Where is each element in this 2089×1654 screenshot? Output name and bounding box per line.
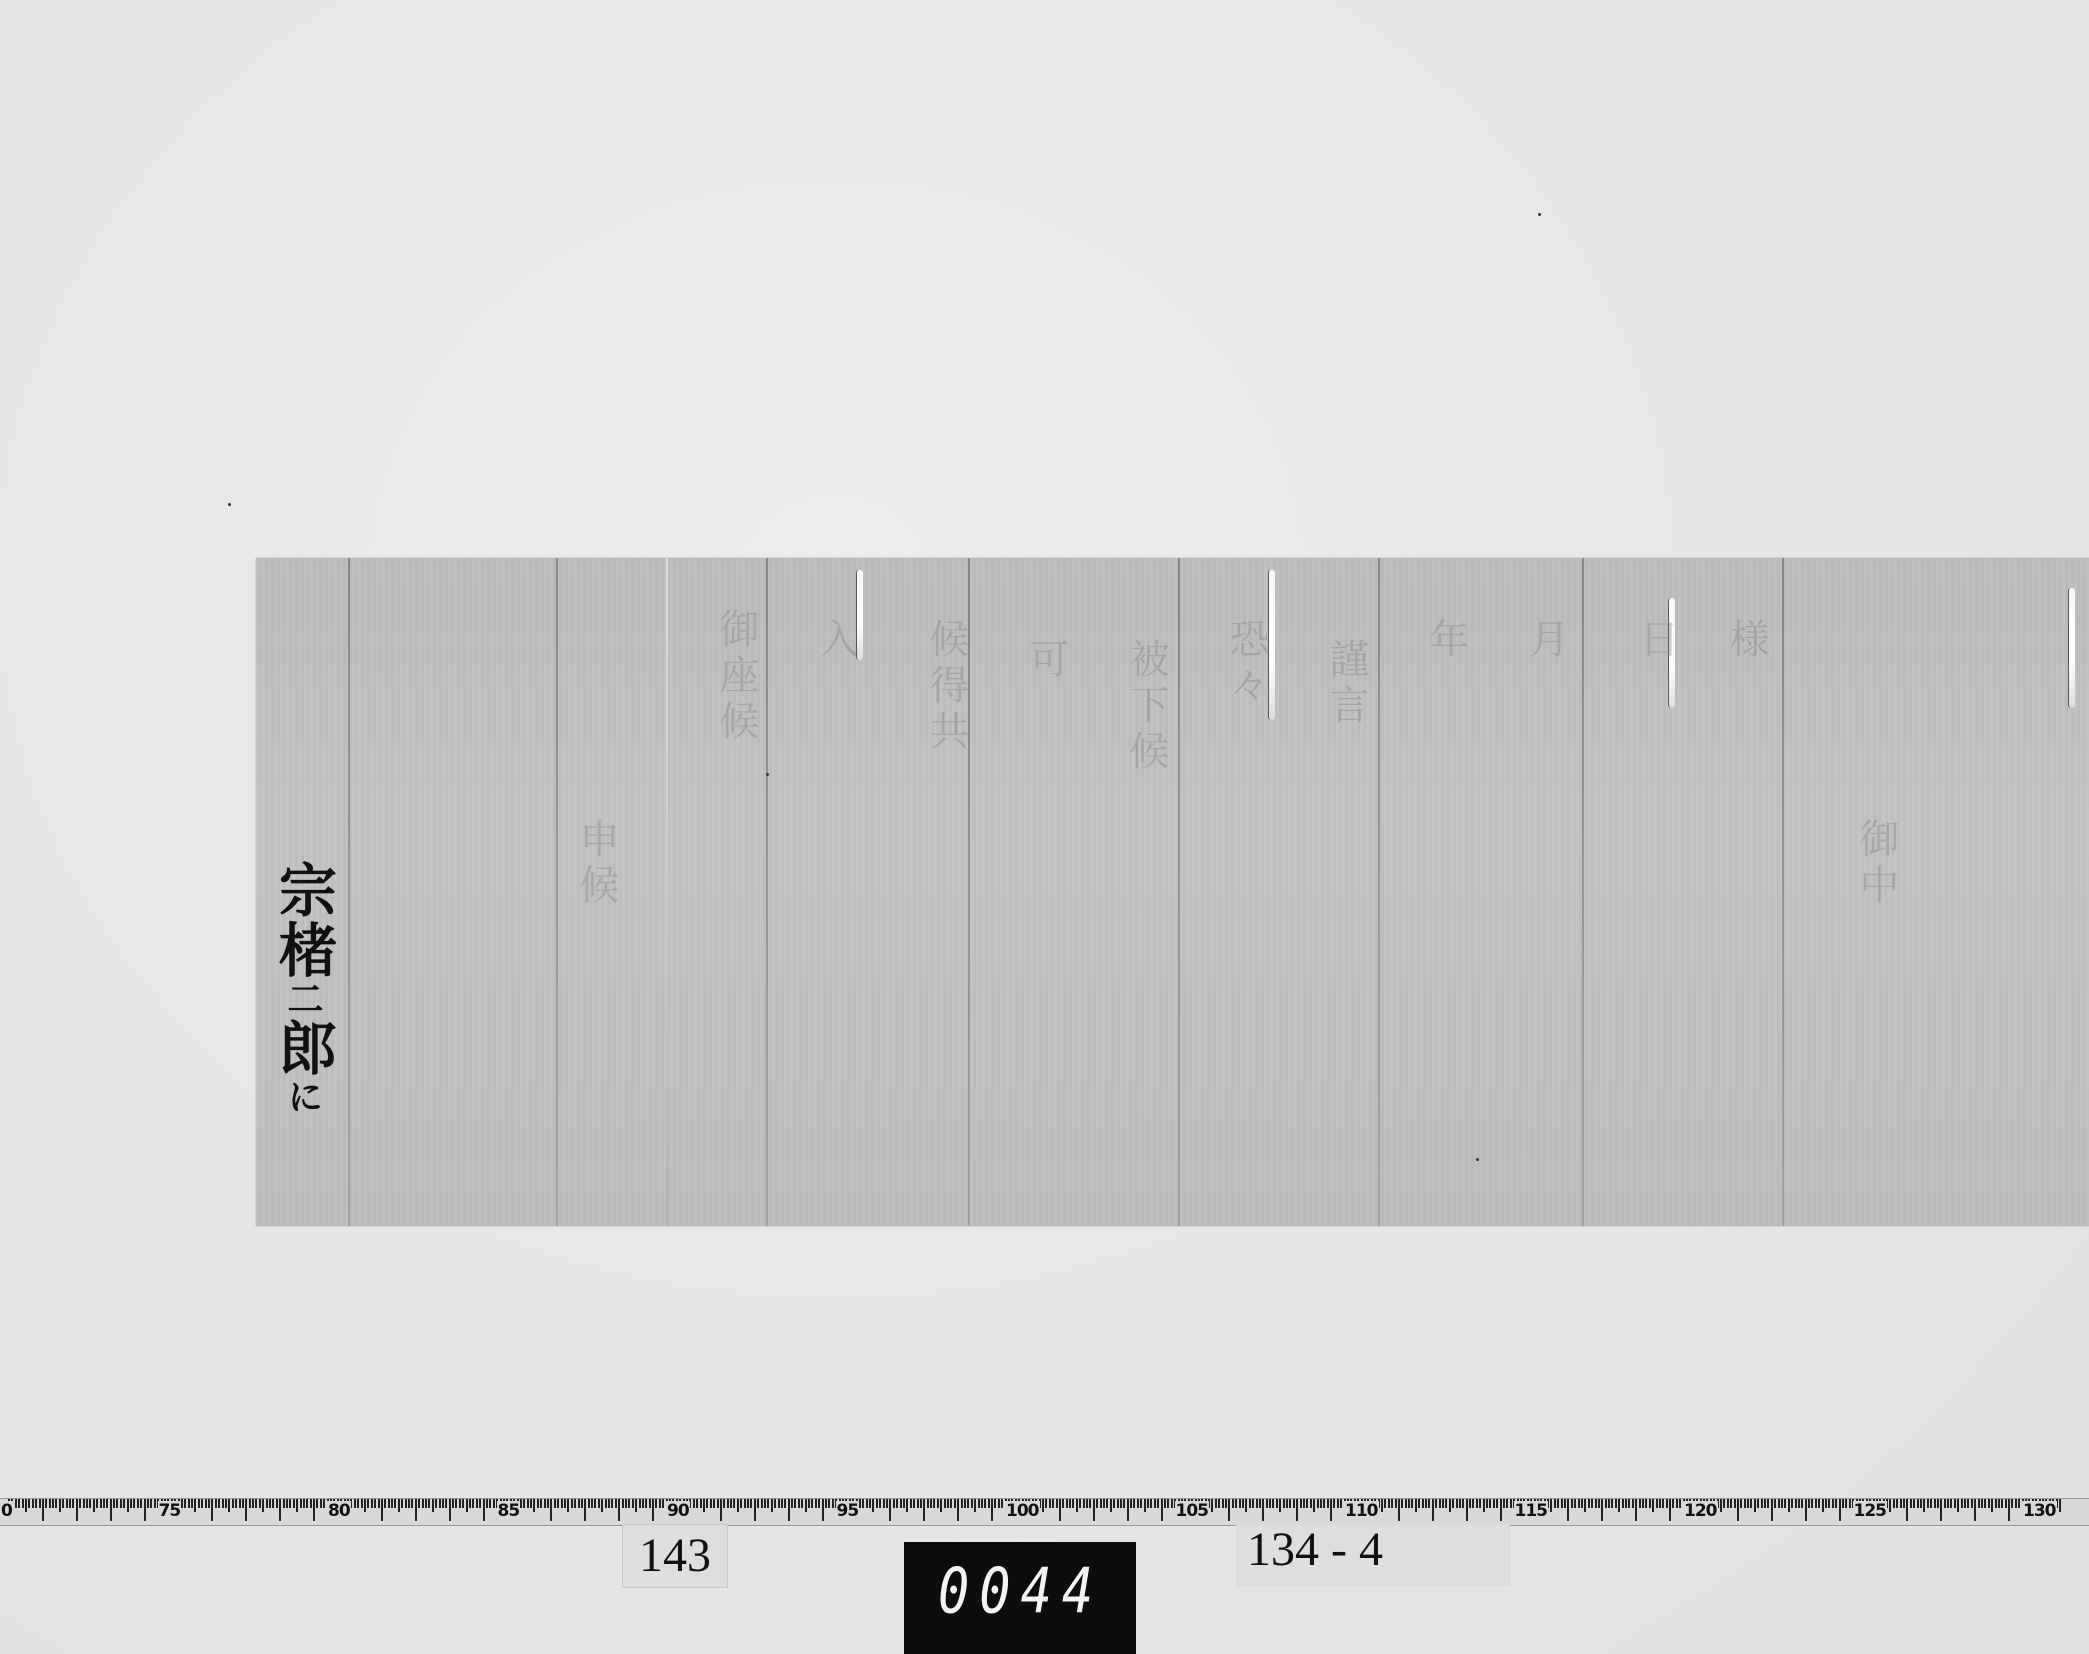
ruler-tick xyxy=(591,1499,593,1508)
ruler-tick xyxy=(937,1499,939,1508)
ruler-label: 75 xyxy=(158,1501,182,1521)
ruler-tick xyxy=(198,1499,200,1508)
ruler-tick xyxy=(1828,1499,1830,1508)
ruler-tick xyxy=(191,1499,193,1508)
ruler-tick xyxy=(920,1499,922,1508)
ruler-tick xyxy=(649,1499,651,1508)
ruler-tick xyxy=(39,1499,41,1508)
ruler-tick xyxy=(1574,1499,1576,1508)
ruler-tick xyxy=(262,1499,264,1512)
ruler-tick xyxy=(86,1499,88,1508)
ruler-tick xyxy=(1669,1499,1671,1521)
ruler-tick xyxy=(1398,1499,1400,1521)
ruler-label: 120 xyxy=(1683,1501,1718,1521)
ruler-tick xyxy=(1096,1499,1098,1508)
ruler-tick xyxy=(371,1499,373,1508)
ruler-tick xyxy=(1998,1499,2000,1508)
ruler-tick xyxy=(1923,1499,1925,1512)
ruler-tick xyxy=(754,1499,756,1521)
ruler-tick xyxy=(625,1499,627,1508)
ruler-tick xyxy=(279,1499,281,1521)
ruler-tick xyxy=(1903,1499,1905,1508)
ruler-tick xyxy=(79,1499,81,1508)
ruler-tick xyxy=(1913,1499,1915,1508)
ruler-tick xyxy=(276,1499,278,1508)
ruler-tick xyxy=(1228,1499,1230,1521)
ruler-tick xyxy=(957,1499,959,1521)
ruler-tick xyxy=(1659,1499,1661,1508)
ruler-tick xyxy=(42,1499,44,1521)
ruler-tick xyxy=(862,1499,864,1508)
ruler-tick xyxy=(361,1499,363,1508)
ruler-tick xyxy=(1100,1499,1102,1508)
ruler-tick xyxy=(1767,1499,1769,1508)
faint-text-column: 被下候 xyxy=(1126,638,1166,776)
ruler-tick xyxy=(1937,1499,1939,1508)
ruler-tick xyxy=(978,1499,980,1508)
ruler-tick xyxy=(306,1499,308,1508)
ruler-tick xyxy=(1625,1499,1627,1508)
ruler-tick xyxy=(1974,1499,1976,1521)
ruler-tick xyxy=(1608,1499,1610,1508)
ruler-tick xyxy=(2059,1499,2061,1512)
ruler-tick xyxy=(1503,1499,1505,1508)
ruler-tick xyxy=(147,1499,149,1508)
ruler-tick xyxy=(1469,1499,1471,1508)
ruler-tick xyxy=(1337,1499,1339,1508)
ruler-tick xyxy=(1754,1499,1756,1512)
ruler-tick xyxy=(120,1499,122,1508)
ruler-tick xyxy=(1805,1499,1807,1521)
fold-line xyxy=(348,558,350,1226)
ruler-tick xyxy=(381,1499,383,1521)
ruler-tick xyxy=(1486,1499,1488,1508)
ruler-tick xyxy=(1622,1499,1624,1508)
ruler-tick xyxy=(313,1499,315,1521)
ruler-tick xyxy=(472,1499,474,1508)
ruler-tick xyxy=(1747,1499,1749,1508)
ruler-tick xyxy=(1978,1499,1980,1508)
ruler-tick xyxy=(239,1499,241,1508)
ruler-tick xyxy=(1910,1499,1912,1508)
ruler-tick xyxy=(954,1499,956,1508)
ruler-tick xyxy=(1988,1499,1990,1508)
ruler-tick xyxy=(1845,1499,1847,1508)
ruler-tick xyxy=(1737,1499,1739,1521)
ruler-tick xyxy=(245,1499,247,1521)
ruler-tick xyxy=(605,1499,607,1508)
ruler-tick xyxy=(927,1499,929,1508)
ruler-tick xyxy=(994,1499,996,1508)
ruler-tick xyxy=(459,1499,461,1508)
ruler-tick xyxy=(218,1499,220,1508)
ruler-tick xyxy=(727,1499,729,1508)
ruler-tick xyxy=(1961,1499,1963,1508)
ruler-tick xyxy=(744,1499,746,1508)
ruler-tick xyxy=(442,1499,444,1508)
ruler-tick xyxy=(639,1499,641,1508)
ruler-tick xyxy=(1557,1499,1559,1508)
ruler-tick xyxy=(1740,1499,1742,1508)
ruler-tick xyxy=(255,1499,257,1508)
ruler-tick xyxy=(1723,1499,1725,1508)
ruler-tick xyxy=(1595,1499,1597,1508)
ruler-tick xyxy=(388,1499,390,1508)
ruler-tick xyxy=(917,1499,919,1508)
ruler-tick xyxy=(228,1499,230,1512)
ruler-tick xyxy=(1161,1499,1163,1521)
ruler-tick xyxy=(740,1499,742,1508)
ruler-tick xyxy=(1652,1499,1654,1512)
ruler-tick xyxy=(181,1499,183,1508)
faint-text-column: 様 xyxy=(1726,618,1766,664)
ruler-tick xyxy=(18,1499,20,1508)
ruler-tick xyxy=(1662,1499,1664,1508)
ruler-tick xyxy=(1266,1499,1268,1508)
ruler-tick xyxy=(2018,1499,2020,1508)
measuring-ruler: 07580859095100105110115120125130 xyxy=(0,1498,2089,1526)
ruler-tick xyxy=(1588,1499,1590,1508)
ruler-tick xyxy=(1340,1499,1342,1508)
ruler-tick xyxy=(903,1499,905,1508)
ruler-tick xyxy=(1459,1499,1461,1508)
ruler-tick xyxy=(1215,1499,1217,1508)
ruler-tick xyxy=(130,1499,132,1508)
ruler-tick xyxy=(615,1499,617,1508)
fold-line xyxy=(666,558,668,1226)
ruler-tick xyxy=(523,1499,525,1508)
ruler-label: 100 xyxy=(1005,1501,1040,1521)
ruler-tick xyxy=(1984,1499,1986,1508)
ruler-tick xyxy=(984,1499,986,1508)
ruler-tick xyxy=(1798,1499,1800,1508)
ruler-tick xyxy=(811,1499,813,1508)
document-sheet: 申候 御座候 入 候得共 可 被下候 恐々 謹言 年 月 日 様 御中 xyxy=(256,558,2089,1226)
ruler-tick xyxy=(1083,1499,1085,1508)
ruler-tick xyxy=(1401,1499,1403,1508)
ruler-tick xyxy=(350,1499,352,1508)
ruler-tick xyxy=(1428,1499,1430,1508)
paper-tear xyxy=(1268,570,1275,720)
ruler-tick xyxy=(537,1499,539,1508)
ruler-tick xyxy=(445,1499,447,1508)
ruler-tick xyxy=(222,1499,224,1508)
ruler-tick xyxy=(127,1499,129,1512)
ruler-tick xyxy=(1825,1499,1827,1508)
ruler-tick xyxy=(1598,1499,1600,1508)
ruler-tick xyxy=(1252,1499,1254,1508)
ruler-tick xyxy=(662,1499,664,1508)
ruler-tick xyxy=(781,1499,783,1508)
addressee-inscription: 宗楮二郎に xyxy=(272,860,334,1116)
frame-counter-digits: 0044 xyxy=(938,1556,1103,1628)
ruler-tick xyxy=(632,1499,634,1508)
ruler-tick xyxy=(1384,1499,1386,1508)
ruler-tick xyxy=(201,1499,203,1508)
ruler-tick xyxy=(1764,1499,1766,1508)
ruler-tick xyxy=(455,1499,457,1508)
ruler-tick xyxy=(1059,1499,1061,1521)
ruler-tick xyxy=(879,1499,881,1508)
ruler-tick xyxy=(1317,1499,1319,1508)
ruler-tick xyxy=(693,1499,695,1508)
ruler-tick xyxy=(140,1499,142,1508)
ruler-tick xyxy=(1239,1499,1241,1508)
ruler-tick xyxy=(1408,1499,1410,1508)
ruler-label: 125 xyxy=(1853,1501,1888,1521)
ruler-tick xyxy=(1405,1499,1407,1508)
ruler-tick xyxy=(910,1499,912,1508)
ruler-tick xyxy=(815,1499,817,1508)
ruler-tick xyxy=(859,1499,861,1508)
ruler-tick xyxy=(1140,1499,1142,1508)
ruler-tick xyxy=(1500,1499,1502,1521)
ruler-tick xyxy=(1286,1499,1288,1508)
ruler-tick xyxy=(2011,1499,2013,1508)
ruler-tick xyxy=(323,1499,325,1508)
ruler-tick xyxy=(252,1499,254,1508)
ruler-tick xyxy=(533,1499,535,1512)
ruler-tick xyxy=(462,1499,464,1508)
ruler-tick xyxy=(1442,1499,1444,1508)
ruler-tick xyxy=(1896,1499,1898,1508)
ruler-tick xyxy=(750,1499,752,1508)
ruler-tick xyxy=(293,1499,295,1508)
ruler-tick xyxy=(1435,1499,1437,1508)
ruler-tick xyxy=(1981,1499,1983,1508)
ruler-tick xyxy=(1750,1499,1752,1508)
faint-text-column: 謹言 xyxy=(1326,638,1366,730)
ruler-tick xyxy=(1449,1499,1451,1512)
ruler-tick xyxy=(303,1499,305,1508)
ruler-tick xyxy=(378,1499,380,1508)
ruler-tick xyxy=(1472,1499,1474,1508)
ruler-tick xyxy=(405,1499,407,1508)
ruler-tick xyxy=(411,1499,413,1508)
ruler-tick xyxy=(1045,1499,1047,1508)
ruler-tick xyxy=(635,1499,637,1512)
ruler-tick xyxy=(418,1499,420,1508)
ruler-tick xyxy=(32,1499,34,1508)
ruler-tick xyxy=(1232,1499,1234,1508)
ruler-tick xyxy=(547,1499,549,1508)
ruler-tick xyxy=(961,1499,963,1508)
ruler-tick xyxy=(1778,1499,1780,1508)
ruler-tick xyxy=(991,1499,993,1521)
ruler-tick xyxy=(1822,1499,1824,1512)
ruler-tick xyxy=(1927,1499,1929,1508)
ruler-tick xyxy=(66,1499,68,1508)
ruler-tick xyxy=(1920,1499,1922,1508)
ruler-tick xyxy=(364,1499,366,1512)
ruler-tick xyxy=(69,1499,71,1508)
ruler-tick xyxy=(964,1499,966,1508)
ruler-tick xyxy=(1171,1499,1173,1508)
ruler-label: 130 xyxy=(2022,1501,2057,1521)
item-label: 134 - 4 xyxy=(1236,1524,1510,1586)
ruler-tick xyxy=(435,1499,437,1508)
ruler-tick xyxy=(188,1499,190,1508)
ruler-tick xyxy=(452,1499,454,1508)
ruler-tick xyxy=(1639,1499,1641,1508)
ruler-tick xyxy=(1917,1499,1919,1508)
ruler-tick xyxy=(1327,1499,1329,1508)
ruler-tick xyxy=(1249,1499,1251,1508)
ruler-tick xyxy=(764,1499,766,1508)
ruler-tick xyxy=(608,1499,610,1508)
ruler-tick xyxy=(900,1499,902,1508)
ruler-tick xyxy=(1611,1499,1613,1508)
ruler-tick xyxy=(266,1499,268,1508)
ruler-tick xyxy=(1757,1499,1759,1508)
ruler-tick xyxy=(933,1499,935,1508)
ruler-tick xyxy=(15,1499,17,1508)
ruler-tick xyxy=(893,1499,895,1508)
ruler-tick xyxy=(1147,1499,1149,1508)
ruler-tick xyxy=(967,1499,969,1508)
ruler-tick xyxy=(205,1499,207,1508)
ruler-tick xyxy=(1103,1499,1105,1508)
ruler-tick xyxy=(401,1499,403,1508)
ruler-tick xyxy=(767,1499,769,1508)
ruler-tick xyxy=(1483,1499,1485,1512)
faint-text-column: 恐々 xyxy=(1226,618,1266,710)
ruler-tick xyxy=(59,1499,61,1512)
ruler-tick xyxy=(930,1499,932,1508)
ruler-tick xyxy=(554,1499,556,1508)
ruler-tick xyxy=(1967,1499,1969,1508)
ruler-tick xyxy=(1839,1499,1841,1521)
ruler-tick xyxy=(798,1499,800,1508)
ruler-tick xyxy=(771,1499,773,1512)
ruler-tick xyxy=(100,1499,102,1508)
ruler-tick xyxy=(1439,1499,1441,1508)
fold-line xyxy=(556,558,558,1226)
ruler-tick xyxy=(1320,1499,1322,1508)
ruler-tick xyxy=(300,1499,302,1508)
ruler-tick xyxy=(1300,1499,1302,1508)
ruler-tick xyxy=(866,1499,868,1508)
ruler-tick xyxy=(1289,1499,1291,1508)
speck xyxy=(228,503,231,506)
ruler-tick xyxy=(428,1499,430,1508)
ruler-tick xyxy=(1672,1499,1674,1508)
ruler-tick xyxy=(1256,1499,1258,1508)
ruler-label: 105 xyxy=(1175,1501,1210,1521)
ruler-tick xyxy=(408,1499,410,1508)
ruler-tick xyxy=(628,1499,630,1508)
fold-line xyxy=(1378,558,1380,1226)
ruler-tick xyxy=(150,1499,152,1508)
ruler-tick xyxy=(1269,1499,1271,1508)
ruler-tick xyxy=(1313,1499,1315,1512)
ruler-tick xyxy=(72,1499,74,1508)
ruler-tick xyxy=(1456,1499,1458,1508)
ruler-tick xyxy=(469,1499,471,1508)
ruler-tick xyxy=(1642,1499,1644,1508)
ruler-label: 95 xyxy=(836,1501,860,1521)
ruler-tick xyxy=(1062,1499,1064,1508)
ruler-label: 110 xyxy=(1344,1501,1379,1521)
ruler-tick xyxy=(1510,1499,1512,1508)
ruler-tick xyxy=(1679,1499,1681,1508)
ruler-tick xyxy=(1835,1499,1837,1508)
ruler-tick xyxy=(476,1499,478,1508)
ruler-tick xyxy=(1734,1499,1736,1508)
ruler-tick xyxy=(398,1499,400,1512)
ruler-tick xyxy=(133,1499,135,1508)
ruler-tick xyxy=(1940,1499,1942,1521)
ruler-tick xyxy=(489,1499,491,1508)
ruler-tick xyxy=(242,1499,244,1508)
ruler-tick xyxy=(791,1499,793,1508)
ruler-tick xyxy=(357,1499,359,1508)
ruler-label: 0 xyxy=(0,1501,13,1521)
ruler-tick xyxy=(1801,1499,1803,1508)
ruler-tick xyxy=(530,1499,532,1508)
ruler-tick xyxy=(886,1499,888,1508)
ruler-tick xyxy=(618,1499,620,1521)
ruler-tick xyxy=(55,1499,57,1508)
ruler-tick xyxy=(520,1499,522,1508)
ruler-tick xyxy=(439,1499,441,1508)
ruler-tick xyxy=(1106,1499,1108,1508)
ruler-tick xyxy=(1795,1499,1797,1508)
fold-line xyxy=(766,558,768,1226)
ruler-tick xyxy=(1971,1499,1973,1508)
ruler-tick xyxy=(1222,1499,1224,1508)
ruler-tick xyxy=(883,1499,885,1508)
ruler-tick xyxy=(1388,1499,1390,1508)
ruler-tick xyxy=(1893,1499,1895,1508)
ruler-tick xyxy=(1950,1499,1952,1508)
ruler-tick xyxy=(1944,1499,1946,1508)
ruler-tick xyxy=(1242,1499,1244,1508)
ruler-tick xyxy=(1615,1499,1617,1508)
ruler-tick xyxy=(123,1499,125,1508)
ruler-tick xyxy=(1493,1499,1495,1508)
ruler-tick xyxy=(1089,1499,1091,1508)
ruler-tick xyxy=(1306,1499,1308,1508)
ruler-tick xyxy=(432,1499,434,1512)
ruler-tick xyxy=(1554,1499,1556,1508)
faint-text-column: 御中 xyxy=(1856,818,1896,910)
ruler-tick xyxy=(588,1499,590,1508)
ruler-tick xyxy=(564,1499,566,1508)
ruler-tick xyxy=(235,1499,237,1508)
ruler-tick xyxy=(137,1499,139,1508)
ruler-tick xyxy=(272,1499,274,1508)
ruler-tick xyxy=(1042,1499,1044,1512)
ruler-tick xyxy=(1323,1499,1325,1508)
ruler-tick xyxy=(2015,1499,2017,1508)
ruler-tick xyxy=(1842,1499,1844,1508)
ruler-tick xyxy=(1601,1499,1603,1521)
ruler-tick xyxy=(225,1499,227,1508)
ruler-tick xyxy=(1120,1499,1122,1508)
ruler-tick xyxy=(415,1499,417,1521)
ruler-tick xyxy=(89,1499,91,1508)
ruler-tick xyxy=(1418,1499,1420,1508)
ruler-tick xyxy=(872,1499,874,1512)
ruler-tick xyxy=(1245,1499,1247,1512)
ruler-tick xyxy=(1506,1499,1508,1508)
ruler-tick xyxy=(1744,1499,1746,1508)
ruler-tick xyxy=(733,1499,735,1508)
ruler-tick xyxy=(52,1499,54,1508)
ruler-tick xyxy=(391,1499,393,1508)
faint-text-column: 申候 xyxy=(576,818,616,910)
